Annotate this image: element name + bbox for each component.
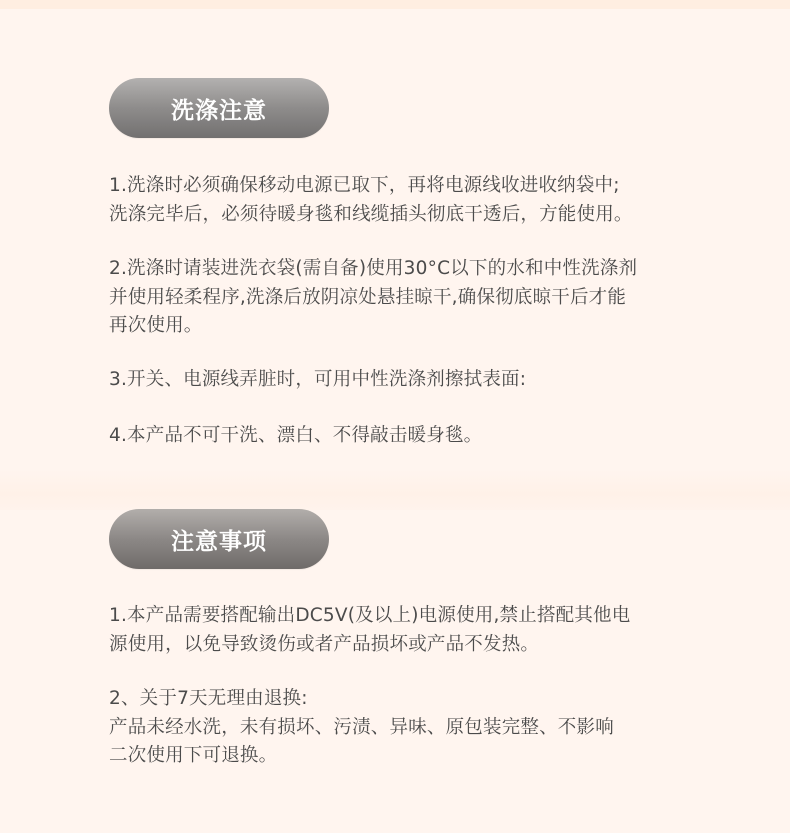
text-line: 2、关于7天无理由退换: [109, 685, 709, 714]
section-divider-band [0, 470, 790, 510]
washing-notes-title: 洗涤注意 [171, 92, 267, 125]
text-line: 洗涤完毕后，必须待暖身毯和线缆插头彻底干透后，方能使用。 [109, 201, 709, 230]
precautions-heading: 注意事项 [109, 509, 329, 569]
precautions-title: 注意事项 [171, 523, 267, 556]
washing-note-2: 2.洗涤时请装进洗衣袋(需自备)使用30°C以下的水和中性洗涤剂 并使用轻柔程序… [109, 255, 709, 341]
text-line: 产品未经水洗，未有损坏、污渍、异味、原包装完整、不影响 [109, 714, 709, 743]
text-line: 1.洗涤时必须确保移动电源已取下，再将电源线收进收纳袋中; [109, 172, 709, 201]
text-line: 3.开关、电源线弄脏时，可用中性洗涤剂擦拭表面: [109, 366, 709, 395]
washing-notes-heading: 洗涤注意 [109, 78, 329, 138]
precaution-1: 1.本产品需要搭配输出DC5V(及以上)电源使用,禁止搭配其他电 源使用，以免导… [109, 602, 709, 659]
top-strip [0, 0, 790, 9]
washing-note-4: 4.本产品不可干洗、漂白、不得敲击暖身毯。 [109, 422, 709, 451]
text-line: 并使用轻柔程序,洗涤后放阴凉处悬挂晾干,确保彻底晾干后才能 [109, 284, 709, 313]
text-line: 源使用，以免导致烫伤或者产品损坏或产品不发热。 [109, 631, 709, 660]
text-line: 4.本产品不可干洗、漂白、不得敲击暖身毯。 [109, 422, 709, 451]
washing-note-1: 1.洗涤时必须确保移动电源已取下，再将电源线收进收纳袋中; 洗涤完毕后，必须待暖… [109, 172, 709, 229]
text-line: 2.洗涤时请装进洗衣袋(需自备)使用30°C以下的水和中性洗涤剂 [109, 255, 709, 284]
text-line: 二次使用下可退换。 [109, 742, 709, 771]
text-line: 1.本产品需要搭配输出DC5V(及以上)电源使用,禁止搭配其他电 [109, 602, 709, 631]
precaution-2: 2、关于7天无理由退换: 产品未经水洗，未有损坏、污渍、异味、原包装完整、不影响… [109, 685, 709, 771]
text-line: 再次使用。 [109, 312, 709, 341]
washing-note-3: 3.开关、电源线弄脏时，可用中性洗涤剂擦拭表面: [109, 366, 709, 395]
